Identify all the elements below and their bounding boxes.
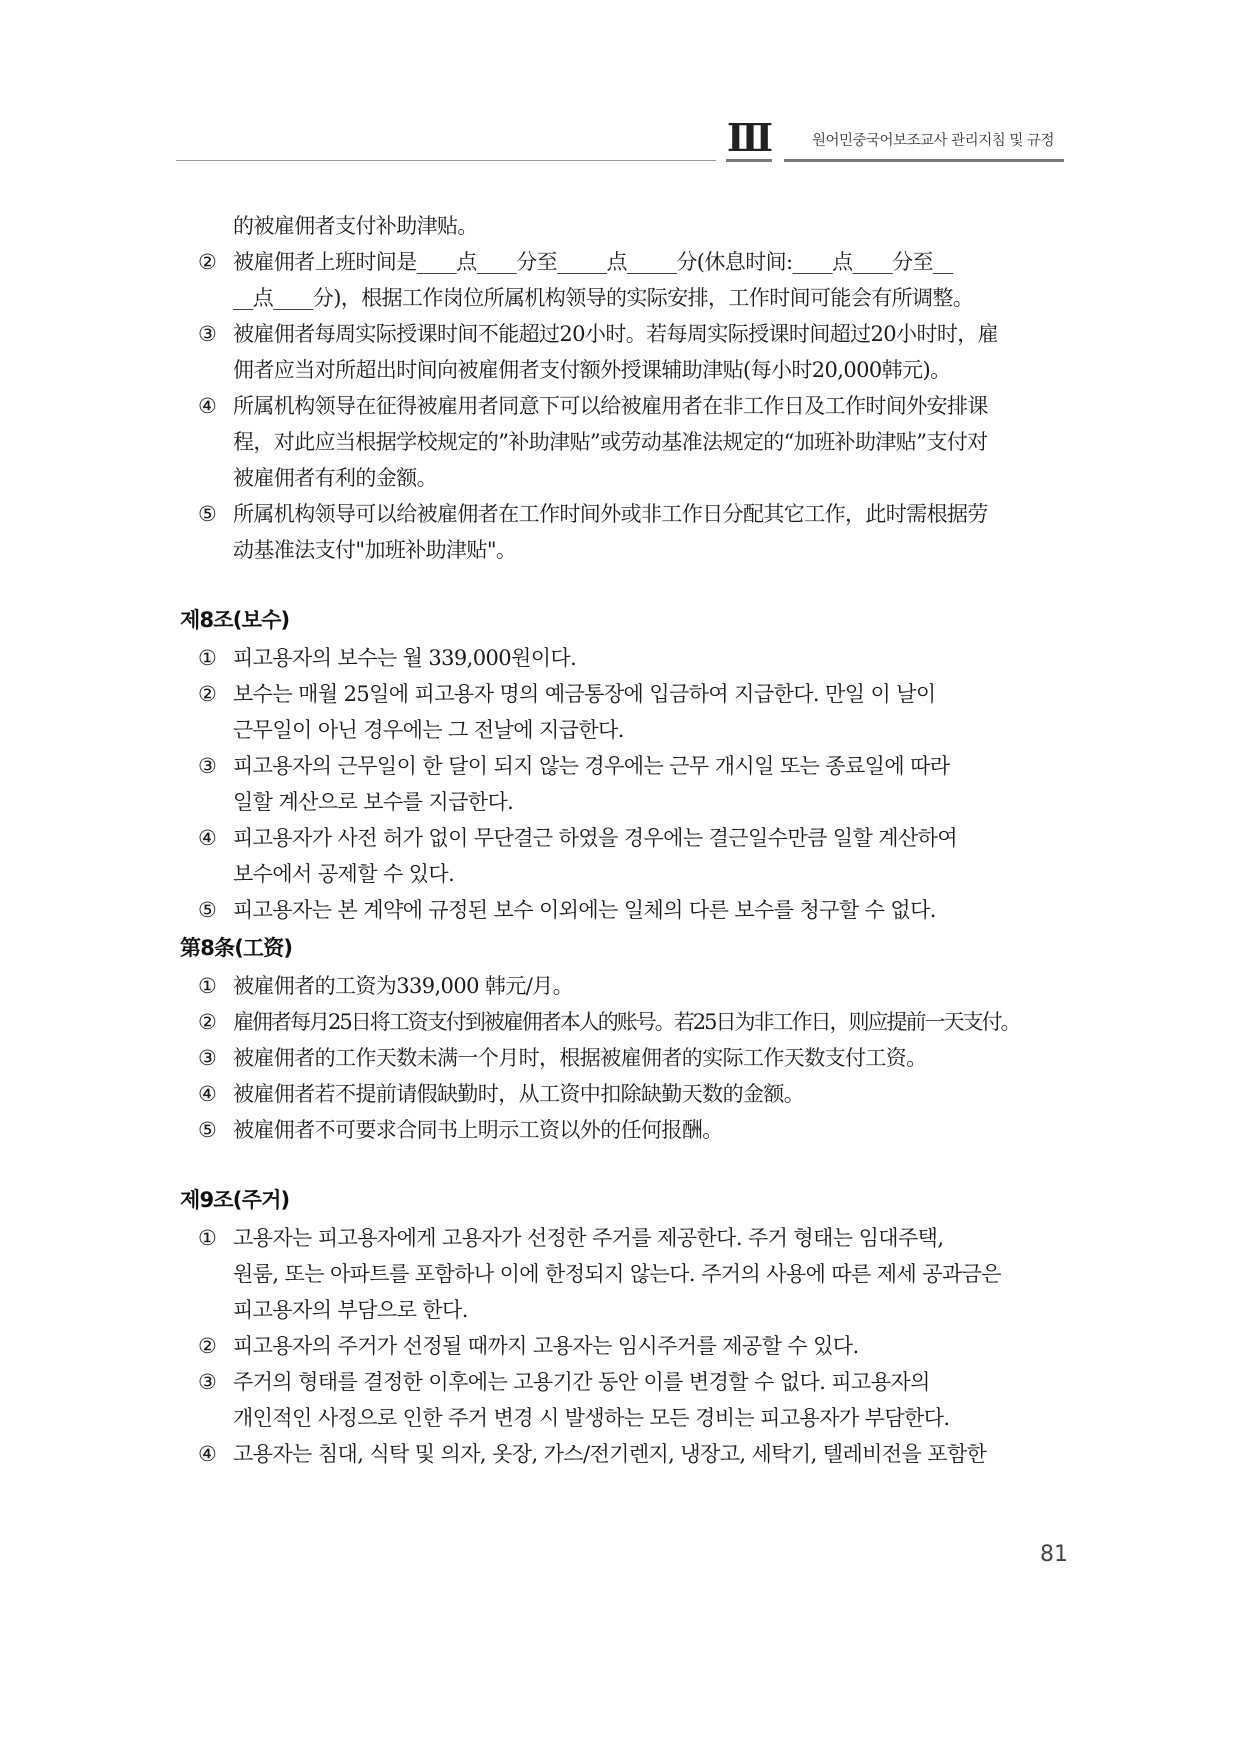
page-body: 的被雇佣者支付补助津贴。 ② 被雇佣者上班时间是____点____分至_____… [180,208,1070,1472]
clause-marker: ③ [198,1040,216,1076]
clause-marker: ⑤ [198,1112,216,1148]
clause-text: 고용자는 피고용자에게 고용자가 선정한 주거를 제공한다. 주거 형태는 임대… [180,1226,943,1250]
clause-marker: ④ [198,1076,216,1112]
clause-marker: ① [198,1220,216,1256]
clause-item: ③ 주거의 형태를 결정한 이후에는 고용기간 동안 이를 변경할 수 없다. … [180,1364,1070,1400]
clause-text: 被雇佣者不可要求合同书上明示工资以外的任何报酬。 [180,1118,723,1142]
page-header: Ⅲ 원어민중국어보조교사 관리지침 및 규정 [0,0,1240,170]
clause-text: 所属机构领导在征得被雇用者同意下可以给被雇用者在非工作日及工作时间外安排课 [180,394,988,418]
clause-text-cont: 程，对此应当根据学校规定的”补助津贴”或劳动基准法规定的“加班补助津贴”支付对 [180,424,1070,460]
page-number: 81 [1008,1542,1068,1567]
clause-item: ⑤ 피고용자는 본 계약에 규정된 보수 이외에는 일체의 다른 보수를 청구할… [180,892,1070,928]
article-8-ko-title: 제8조(보수) [180,600,1070,640]
section-spacer [180,568,1070,600]
clause-text-cont: 피고용자의 부담으로 한다. [180,1292,1070,1328]
clause-text: 고용자는 침대, 식탁 및 의자, 옷장, 가스/전기렌지, 냉장고, 세탁기,… [180,1442,986,1466]
clause-item: ④ 所属机构领导在征得被雇用者同意下可以给被雇用者在非工作日及工作时间外安排课 [180,388,1070,424]
clause-marker: ③ [198,1364,216,1400]
clause-marker: ③ [198,316,216,352]
clause-item: ② 雇佣者每月25日将工资支付到被雇佣者本人的账号。若25日为非工作日，则应提前… [180,1004,1070,1040]
clause-marker: ② [198,1328,216,1364]
clause-marker: ⑤ [198,892,216,928]
clause-item: ② 보수는 매월 25일에 피고용자 명의 예금통장에 입금하여 지급한다. 만… [180,676,1070,712]
title-underline [784,159,1064,162]
clause-text-cont: 개인적인 사정으로 인한 주거 변경 시 발생하는 모든 경비는 피고용자가 부… [180,1400,1070,1436]
article-8-ko-clauses: ① 피고용자의 보수는 월 339,000원이다. ② 보수는 매월 25일에 … [180,640,1070,928]
clause-text-cont: 일할 계산으로 보수를 지급한다. [180,784,1070,820]
chapter-numeral: Ⅲ [726,120,772,158]
clause-text-cont: __点____分)，根据工作岗位所属机构领导的实际安排，工作时间可能会有所调整。 [180,280,1070,316]
clause-item: ③ 피고용자의 근무일이 한 달이 되지 않는 경우에는 근무 개시일 또는 종… [180,748,1070,784]
clause-marker: ② [198,1004,216,1040]
clause-item: ① 被雇佣者的工资为339,000 韩元/月。 [180,968,1070,1004]
clause-item: ④ 被雇佣者若不提前请假缺勤时，从工资中扣除缺勤天数的金额。 [180,1076,1070,1112]
clause-text: 주거의 형태를 결정한 이후에는 고용기간 동안 이를 변경할 수 없다. 피고… [180,1370,930,1394]
chapter-underline [726,159,772,162]
clause-marker: ④ [198,388,216,424]
clause-text: 피고용자의 주거가 선정될 때까지 고용자는 임시주거를 제공할 수 있다. [180,1334,859,1358]
clause-text-cont: 원룸, 또는 아파트를 포함하나 이에 한정되지 않는다. 주거의 사용에 따른… [180,1256,1070,1292]
article-9-ko-clauses: ① 고용자는 피고용자에게 고용자가 선정한 주거를 제공한다. 주거 형태는 … [180,1220,1070,1472]
clause-text: 피고용자는 본 계약에 규정된 보수 이외에는 일체의 다른 보수를 청구할 수… [180,898,936,922]
clause-marker: ④ [198,820,216,856]
clause-text: 피고용자가 사전 허가 없이 무단결근 하였을 경우에는 결근일수만큼 일할 계… [180,826,957,850]
clause-marker: ② [198,244,216,280]
clause-text-cont: 근무일이 아닌 경우에는 그 전날에 지급한다. [180,712,1070,748]
clause-text: 所属机构领导可以给被雇佣者在工作时间外或非工作日分配其它工作，此时需根据劳 [180,502,988,526]
clause-text-cont: 被雇佣者有利的金额。 [180,460,1070,496]
cn-clause-list-prev-article: ② 被雇佣者上班时间是____点____分至_____点_____分(休息时间:… [180,244,1070,568]
clause-marker: ① [198,640,216,676]
article-9-ko-title: 제9조(주거) [180,1180,1070,1220]
clause-item: ① 피고용자의 보수는 월 339,000원이다. [180,640,1070,676]
clause-text: 被雇佣者每周实际授课时间不能超过20小时。若每周实际授课时间超过20小时时，雇 [180,322,998,346]
clause-item: ⑤ 被雇佣者不可要求合同书上明示工资以外的任何报酬。 [180,1112,1070,1148]
clause-item: ④ 피고용자가 사전 허가 없이 무단결근 하였을 경우에는 결근일수만큼 일할… [180,820,1070,856]
clause-text-cont: 动基准法支付"加班补助津贴"。 [180,532,1070,568]
clause-item: ② 被雇佣者上班时间是____点____分至_____点_____分(休息时间:… [180,244,1070,280]
clause-item: ① 고용자는 피고용자에게 고용자가 선정한 주거를 제공한다. 주거 형태는 … [180,1220,1070,1256]
header-divider [176,160,716,161]
clause-text: 被雇佣者的工资为339,000 韩元/月。 [180,974,573,998]
running-title: 원어민중국어보조교사 관리지침 및 규정 [812,131,1054,151]
clause-marker: ① [198,968,216,1004]
clause-marker: ② [198,676,216,712]
clause-marker: ④ [198,1436,216,1472]
section-spacer [180,1148,1070,1180]
article-8-cn-clauses: ① 被雇佣者的工资为339,000 韩元/月。 ② 雇佣者每月25日将工资支付到… [180,968,1070,1148]
clause-text: 被雇佣者的工作天数未满一个月时，根据被雇佣者的实际工作天数支付工资。 [180,1046,927,1070]
clause-text: 雇佣者每月25日将工资支付到被雇佣者本人的账号。若25日为非工作日，则应提前一天… [180,1010,1019,1034]
clause-text: 被雇佣者上班时间是____点____分至_____点_____分(休息时间:__… [180,250,953,274]
clause-item: ③ 被雇佣者的工作天数未满一个月时，根据被雇佣者的实际工作天数支付工资。 [180,1040,1070,1076]
clause-item: ⑤ 所属机构领导可以给被雇佣者在工作时间外或非工作日分配其它工作，此时需根据劳 [180,496,1070,532]
clause-text-cont: 佣者应当对所超出时间向被雇佣者支付额外授课辅助津贴(每小时20,000韩元)。 [180,352,1070,388]
article-8-cn-title: 第8条(工资) [180,928,1070,968]
clause-text: 보수는 매월 25일에 피고용자 명의 예금통장에 입금하여 지급한다. 만일 … [180,682,936,706]
clause-item: ② 피고용자의 주거가 선정될 때까지 고용자는 임시주거를 제공할 수 있다. [180,1328,1070,1364]
clause-item: ④ 고용자는 침대, 식탁 및 의자, 옷장, 가스/전기렌지, 냉장고, 세탁… [180,1436,1070,1472]
clause-text: 被雇佣者若不提前请假缺勤时，从工资中扣除缺勤天数的金额。 [180,1082,804,1106]
continuation-line: 的被雇佣者支付补助津贴。 [180,208,1070,244]
clause-marker: ⑤ [198,496,216,532]
clause-text-cont: 보수에서 공제할 수 있다. [180,856,1070,892]
clause-text: 피고용자의 보수는 월 339,000원이다. [180,646,576,670]
clause-item: ③ 被雇佣者每周实际授课时间不能超过20小时。若每周实际授课时间超过20小时时，… [180,316,1070,352]
clause-text: 피고용자의 근무일이 한 달이 되지 않는 경우에는 근무 개시일 또는 종료일… [180,754,949,778]
clause-marker: ③ [198,748,216,784]
